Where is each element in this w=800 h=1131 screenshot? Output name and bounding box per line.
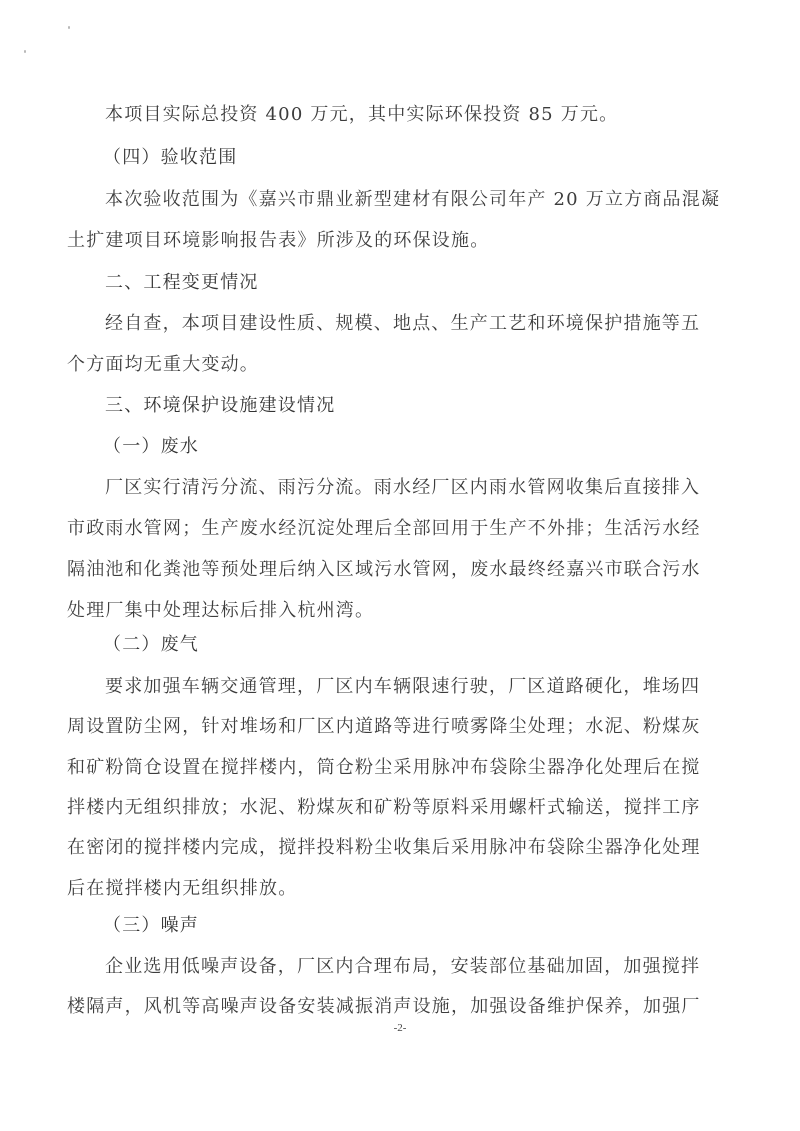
paragraph-investment: 本项目实际总投资 400 万元，其中实际环保投资 85 万元。 <box>105 104 735 126</box>
page-number: -2- <box>0 1022 800 1034</box>
paragraph-wastewater-line-2: 市政雨水管网；生产废水经沉淀处理后全部回用于生产不外排；生活污水经 <box>67 518 697 540</box>
heading-environmental-facilities: 三、环境保护设施建设情况 <box>105 395 735 417</box>
paragraph-exhaust-line-4: 拌楼内无组织排放；水泥、粉煤灰和矿粉等原料采用螺杆式输送，搅拌工序 <box>67 797 697 819</box>
paragraph-wastewater-line-3: 隔油池和化粪池等预处理后纳入区域污水管网，废水最终经嘉兴市联合污水 <box>67 559 697 581</box>
subheading-noise: （三）噪声 <box>103 915 733 937</box>
paragraph-changes-line-2: 个方面均无重大变动。 <box>67 354 697 376</box>
paragraph-exhaust-line-2: 周设置防尘网，针对堆场和厂区内道路等进行喷雾降尘处理；水泥、粉煤灰 <box>67 716 697 738</box>
paragraph-exhaust-line-1: 要求加强车辆交通管理，厂区内车辆限速行驶，厂区道路硬化，堆场四 <box>105 676 735 698</box>
paragraph-changes-line-1: 经自查，本项目建设性质、规模、地点、生产工艺和环境保护措施等五 <box>105 313 735 335</box>
scan-artifact <box>24 50 26 53</box>
paragraph-wastewater-line-4: 处理厂集中处理达标后排入杭州湾。 <box>67 600 697 622</box>
scan-artifact <box>68 26 70 29</box>
document-page: 本项目实际总投资 400 万元，其中实际环保投资 85 万元。 （四）验收范围 … <box>0 0 800 1131</box>
heading-engineering-changes: 二、工程变更情况 <box>105 272 735 294</box>
subheading-acceptance-scope: （四）验收范围 <box>103 147 733 169</box>
paragraph-exhaust-line-5: 在密闭的搅拌楼内完成，搅拌投料粉尘收集后采用脉冲布袋除尘器净化处理 <box>67 837 697 859</box>
paragraph-exhaust-line-3: 和矿粉筒仓设置在搅拌楼内，筒仓粉尘采用脉冲布袋除尘器净化处理后在搅 <box>67 757 697 779</box>
paragraph-scope-line-1: 本次验收范围为《嘉兴市鼎业新型建材有限公司年产 20 万立方商品混凝 <box>105 189 735 211</box>
paragraph-noise-line-2: 楼隔声，风机等高噪声设备安装减振消声设施，加强设备维护保养，加强厂 <box>67 996 697 1018</box>
subheading-wastewater: （一）废水 <box>103 436 733 458</box>
paragraph-wastewater-line-1: 厂区实行清污分流、雨污分流。雨水经厂区内雨水管网收集后直接排入 <box>105 477 735 499</box>
subheading-exhaust-gas: （二）废气 <box>103 634 733 656</box>
paragraph-exhaust-line-6: 后在搅拌楼内无组织排放。 <box>67 878 697 900</box>
paragraph-noise-line-1: 企业选用低噪声设备，厂区内合理布局，安装部位基础加固，加强搅拌 <box>105 956 735 978</box>
paragraph-scope-line-2: 土扩建项目环境影响报告表》所涉及的环保设施。 <box>67 230 697 252</box>
